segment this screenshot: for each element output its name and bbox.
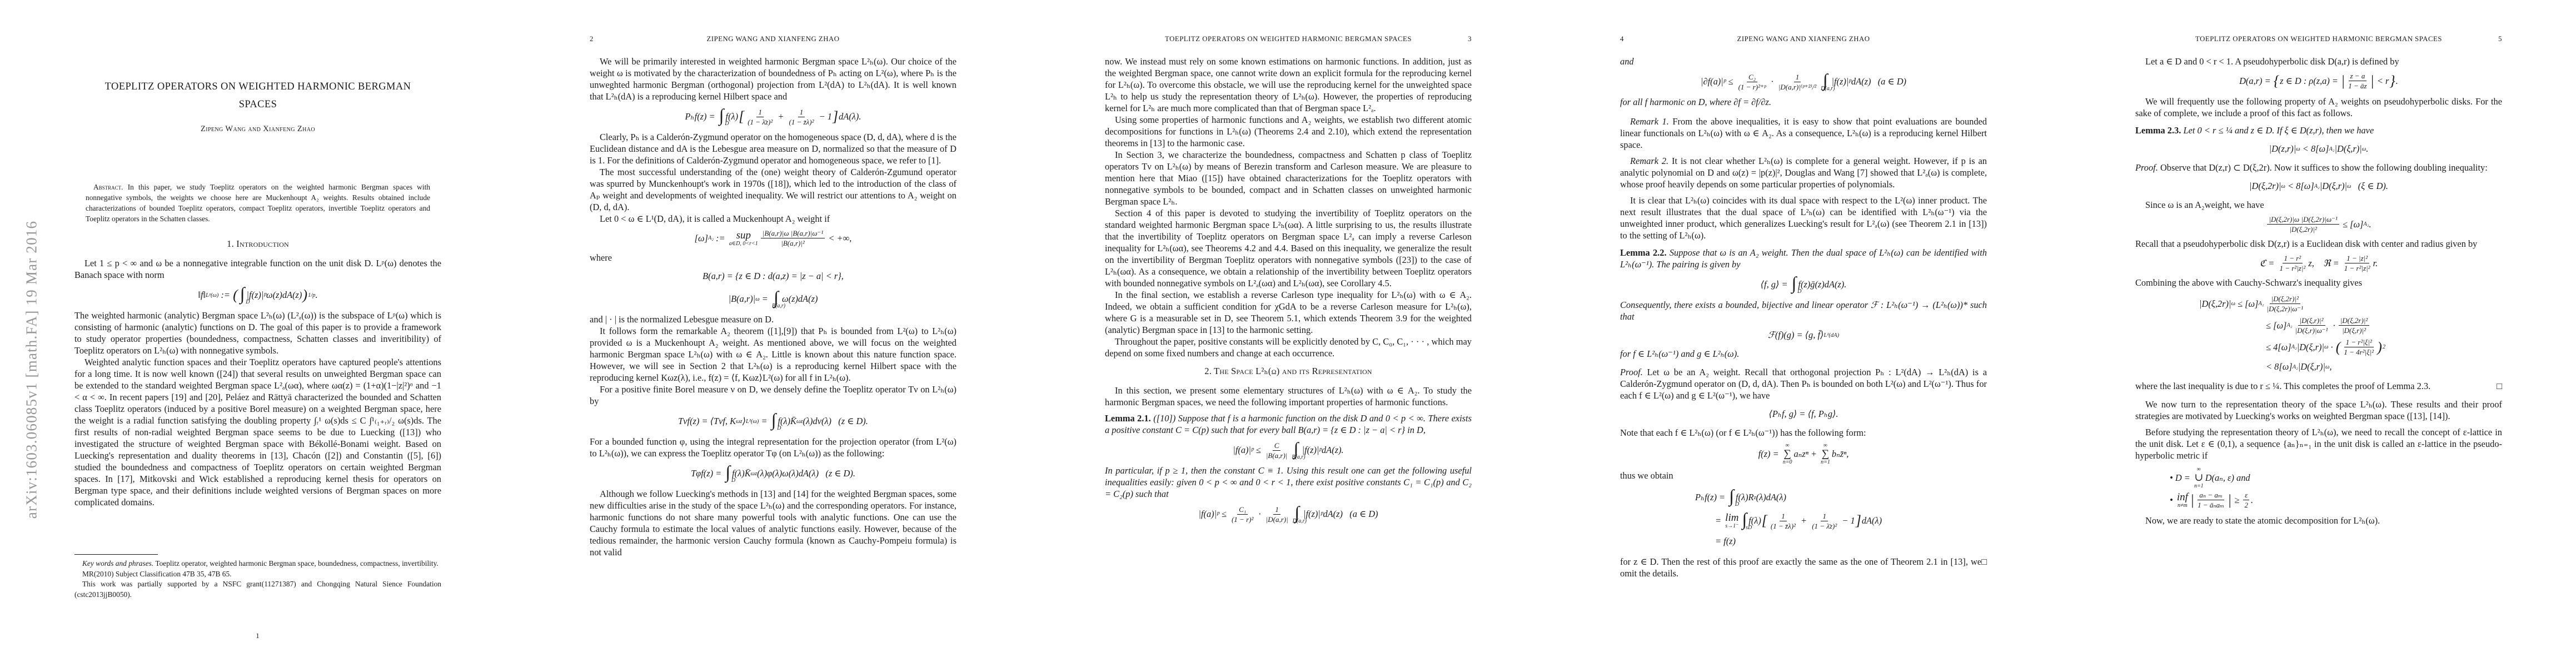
paragraph: The weighted harmonic (analytic) Bergman… <box>74 310 441 356</box>
equation-norm-definition: ‖f‖Lᵖ(ω) := (∫D|f(z)|ᵖω(z)dA(z))1/p. <box>74 285 441 305</box>
equation-doubling: |D(ξ,2r)|ω < 8[ω]A₂|D(ξ,r)|ω (ξ ∈ D). <box>2135 178 2502 195</box>
lemma-2-3-text: Let 0 < r ≤ ¼ and z ∈ D. If ξ ∈ D(z,r), … <box>2184 125 2374 136</box>
page-5: TOEPLITZ OPERATORS ON WEIGHTED HARMONIC … <box>2061 0 2576 667</box>
page-2-column: We will be primarily interested in weigh… <box>590 56 956 558</box>
paper-title-line-1: TOEPLITZ OPERATORS ON WEIGHTED HARMONIC … <box>105 81 411 92</box>
paper-authors: Zipeng Wang and Xianfeng Zhao <box>74 125 441 134</box>
proof-text: Observe that D(z,r) ⊂ D(ξ,2r). Now it su… <box>2160 162 2488 173</box>
equation-center-radius: ℭ = 1 − r²1 − r²|z|²z, ℜ = 1 − |z|²1 − r… <box>2135 254 2502 272</box>
remark-1-label: Remark 1. <box>1630 116 1669 127</box>
running-head-title: TOEPLITZ OPERATORS ON WEIGHTED HARMONIC … <box>2195 35 2442 43</box>
lemma-2-2-end: for f ∈ L²ₕ(ω⁻¹) and g ∈ L²ₕ(ω). <box>1620 348 1987 360</box>
paragraph: Section 4 of this paper is devoted to st… <box>1105 207 1472 289</box>
footnote-block: Key words and phrases. Toeplitz operator… <box>74 554 441 600</box>
proof-lemma-2-2: Proof. Let ω be an A₂ weight. Recall tha… <box>1620 366 1987 401</box>
paragraph: for all f harmonic on D, where ∂f = ∂f/∂… <box>1620 96 1987 108</box>
lemma-2-2-continuation: Consequently, there exists a bounded, bi… <box>1620 299 1987 322</box>
qed-symbol: □ <box>2497 380 2502 392</box>
paragraph: Note that each f ∈ L²ₕ(ω) (or f ∈ L²ₕ(ω⁻… <box>1620 427 1987 439</box>
equation-subharmonic-estimate: |f(a)|ᵖ ≤ C|B(a,r)|∫B(a,r)|f(z)|ᵖdA(z). <box>1105 440 1472 460</box>
remark-1-text: From the above inequalities, it is easy … <box>1620 116 1987 150</box>
paragraph: Let 1 ≤ p < ∞ and ω be a nonnegative int… <box>74 257 441 281</box>
arxiv-paper-spread: arXiv:1603.06085v1 [math.FA] 19 Mar 2016… <box>0 0 2576 667</box>
lattice-condition-1: • D = ∞∪n=1D(aₙ, ε) and <box>2170 467 2502 489</box>
page-3-column: now. We instead must rely on some known … <box>1105 56 1472 529</box>
lemma-2-1-text: ([10]) Suppose that f is a harmonic func… <box>1105 413 1472 435</box>
paragraph: now. We instead must rely on some known … <box>1105 56 1472 114</box>
equation-chain-4: < 8[ω]A₂|D(ξ,r)|ω, <box>2266 360 2332 374</box>
lemma-2-2: Lemma 2.2. Suppose that ω is an A₂ weigh… <box>1620 247 1987 270</box>
paper-title: TOEPLITZ OPERATORS ON WEIGHTED HARMONIC … <box>74 78 441 113</box>
footnote-funding: This work was partially supported by a N… <box>74 579 441 600</box>
abstract-label: Abstract. <box>93 183 123 191</box>
equation-line-1: Pₕf(z) = ∫Df(λ)Rz(λ)dA(λ) <box>1695 487 1786 507</box>
equation-muckenhoupt-condition: [ω]A₂ := supa∈D, 0<r<1|B(a,r)|ω |B(a,r)|… <box>590 229 956 247</box>
remark-2-label: Remark 2. <box>1630 156 1668 166</box>
paragraph: We will frequently use the following pro… <box>2135 96 2502 119</box>
running-head-title: ZIPENG WANG AND XIANFENG ZHAO <box>1737 35 1870 43</box>
running-head: TOEPLITZ OPERATORS ON WEIGHTED HARMONIC … <box>2135 35 2502 43</box>
page-5-column: Let a ∈ D and 0 < r < 1. A pseudohyperbo… <box>2135 56 2502 526</box>
equation-pairing: ⟨f, g⟩ = ∫Df(z)ḡ(z)dA(z). <box>1620 275 1987 295</box>
page-4-column: and |∂f(a)|ᵖ ≤ C₂(1 − r)²⁺ᵖ · 1|D(a,r)|⁽… <box>1620 56 1987 579</box>
page-number: 1 <box>0 631 515 640</box>
paragraph: Since ω is an A₂weight, we have <box>2135 199 2502 211</box>
paper-title-line-2: SPACES <box>239 99 277 110</box>
equation-selfadjoint: ⟨Pₕf, g⟩ = ⟨f, Pₕg⟩. <box>1620 406 1987 422</box>
paragraph: We will be primarily interested in weigh… <box>590 56 956 102</box>
proof-label: Proof. <box>1620 367 1643 377</box>
page-4: 4 ZIPENG WANG AND XIANFENG ZHAO and |∂f(… <box>1546 0 2061 667</box>
running-head-title: ZIPENG WANG AND XIANFENG ZHAO <box>707 35 840 43</box>
proof-end: □for z ∈ D. Then the rest of this proof … <box>1620 556 1987 579</box>
remark-1: Remark 1. From the above inequalities, i… <box>1620 116 1987 151</box>
footnote-rule <box>74 554 158 555</box>
qed-symbol: □ <box>1981 556 1987 568</box>
equation-line-3: = f(z) <box>1715 534 1736 549</box>
paragraph: thus we obtain <box>1620 470 1987 481</box>
equation-ball-definition: B(a,r) = {z ∈ D : d(a,z) = |z − a| < r}, <box>590 268 956 285</box>
page-1: arXiv:1603.06085v1 [math.FA] 19 Mar 2016… <box>0 0 515 667</box>
paragraph: We now turn to the representation theory… <box>2135 399 2502 422</box>
abstract-text: In this paper, we study Toeplitz operato… <box>86 183 430 223</box>
proof-end: □where the last inequality is due to r ≤… <box>2135 380 2502 392</box>
equation-chain-3: ≤ 4[ω]A₂|D(ξ,r)|ω · (1 − r²|ξ|²1 − 4r²|ξ… <box>2266 338 2385 356</box>
lemma-2-1-continuation: In particular, if p ≥ 1, then the consta… <box>1105 465 1472 500</box>
section-heading-space: 2. The Space L²ₕ(ω) and its Representati… <box>1105 366 1472 377</box>
paragraph: Let a ∈ D and 0 < r < 1. A pseudohyperbo… <box>2135 56 2502 67</box>
proof-end-text: for z ∈ D. Then the rest of this proof a… <box>1620 556 1981 579</box>
equation-ball-measure: |B(a,r)|ω = ∫B(a,r)ω(z)dA(z) <box>590 289 956 309</box>
equation-a2-ratio: |D(ξ,2r)|ω |D(ξ,2r)|ω⁻¹|D(ξ,2r)|² ≤ [ω]A… <box>2135 215 2502 233</box>
paragraph: Although we follow Luecking's methods in… <box>590 488 956 558</box>
paragraph: In Section 3, we characterize the bounde… <box>1105 149 1472 207</box>
lattice-conditions: • D = ∞∪n=1D(aₙ, ε) and • infn≠m|aₙ − aₘ… <box>2170 467 2502 509</box>
equation-toeplitz-symbol: Tφf(z) = ∫Df(λ)K̄ωz(λ)φ(λ)ω(λ)dA(λ) (z ∈… <box>590 464 956 484</box>
paragraph: Using some properties of harmonic functi… <box>1105 114 1472 149</box>
proof-label: Proof. <box>2135 162 2158 173</box>
running-head-title: TOEPLITZ OPERATORS ON WEIGHTED HARMONIC … <box>1165 35 1412 43</box>
paragraph: It follows form the remarkable A₂ theore… <box>590 325 956 384</box>
lemma-2-1: Lemma 2.1. ([10]) Suppose that f is a ha… <box>1105 412 1472 436</box>
running-head-page-number: 4 <box>1620 35 1624 43</box>
equation-group-chain: |D(ξ,2r)|ω ≤ [ω]A₂|D(ξ,2r)|²|D(ξ,2r)|ω⁻¹… <box>2135 293 2502 376</box>
proof-text: Let ω be an A₂ weight. Recall that ortho… <box>1620 367 1987 401</box>
paragraph: The most successful understanding of the… <box>590 166 956 213</box>
paragraph: Let 0 < ω ∈ L¹(D, dA), it is called a Mu… <box>590 213 956 225</box>
footnote-keywords-label: Key words and phrases. <box>82 559 153 568</box>
paragraph: Throughout the paper, positive constants… <box>1105 336 1472 359</box>
footnote-classification: MR(2010) Subject Classification 47B 35, … <box>74 569 441 580</box>
paragraph: Recall that a pseudohyperbolic disk D(z,… <box>2135 238 2502 250</box>
remark-2-text: It is not clear whether L²ₕ(ω) is comple… <box>1620 156 1987 190</box>
page-2: 2 ZIPENG WANG AND XIANFENG ZHAO We will … <box>515 0 1030 667</box>
equation-line-2: = lims→1⁻∫sDf(λ)[1(1 − z̄λ)² + 1(1 − λ̄z… <box>1715 511 1882 531</box>
paragraph: Before studying the representation theor… <box>2135 426 2502 461</box>
lemma-2-3: Lemma 2.3. Let 0 < r ≤ ¼ and z ∈ D. If ξ… <box>2135 125 2502 136</box>
equation-chain-2: ≤ [ω]A₂|D(ξ,r)|²|D(ξ,r)|ω⁻¹ · |D(ξ,2r)|²… <box>2266 316 2370 335</box>
equation-functional: ℱ(f)(g) = ⟨g, f̄⟩L²(dA) <box>1620 327 1987 344</box>
paragraph: In this section, we present some element… <box>1105 385 1472 408</box>
equation-group-reproducing: Pₕf(z) = ∫Df(λ)Rz(λ)dA(λ) = lims→1⁻∫sDf(… <box>1620 486 1987 550</box>
proof-lemma-2-3: Proof. Observe that D(z,r) ⊂ D(ξ,2r). No… <box>2135 162 2502 173</box>
lemma-2-3-label: Lemma 2.3. <box>2135 125 2181 136</box>
equation-toeplitz-measure: Tνf(z) = ⟨Tνf, Kωz⟩L²(ω) = ∫Df(λ)K̄ωz(λ)… <box>590 411 956 431</box>
running-head-page-number: 3 <box>1468 35 1472 43</box>
paragraph: Clearly, Pₕ is a Calderón-Zygmund operat… <box>590 131 956 166</box>
paragraph: where <box>590 252 956 263</box>
paragraph: Combining the above with Cauchy-Schwarz'… <box>2135 277 2502 288</box>
footnote-keywords-text: Toeplitz operator, weighted harmonic Ber… <box>155 559 438 568</box>
paragraph: In the final section, we establish a rev… <box>1105 289 1472 336</box>
equation-derivative-estimate: |∂f(a)|ᵖ ≤ C₂(1 − r)²⁺ᵖ · 1|D(a,r)|⁽ᵖ⁺²⁾… <box>1620 72 1987 92</box>
equation-chain-1: |D(ξ,2r)|ω ≤ [ω]A₂|D(ξ,2r)|²|D(ξ,2r)|ω⁻¹ <box>2199 295 2306 313</box>
page-1-column: TOEPLITZ OPERATORS ON WEIGHTED HARMONIC … <box>74 78 441 508</box>
running-head: TOEPLITZ OPERATORS ON WEIGHTED HARMONIC … <box>1105 35 1472 43</box>
running-head-page-number: 2 <box>590 35 594 43</box>
running-head-page-number: 5 <box>2498 35 2502 43</box>
running-head: 4 ZIPENG WANG AND XIANFENG ZHAO <box>1620 35 1987 43</box>
paragraph: Now, we are ready to state the atomic de… <box>2135 515 2502 526</box>
lemma-2-2-text: Suppose that ω is an A₂ weight. Then the… <box>1620 247 1987 270</box>
paragraph: For a bounded function φ, using the inte… <box>590 436 956 459</box>
paragraph: and <box>1620 56 1987 67</box>
equation-pointwise-estimate: |f(a)|ᵖ ≤ C₁(1 − r)² · 1|D(a,r)|∫D(a,r)|… <box>1105 504 1472 524</box>
running-head: 2 ZIPENG WANG AND XIANFENG ZHAO <box>590 35 956 43</box>
page-3: TOEPLITZ OPERATORS ON WEIGHTED HARMONIC … <box>1030 0 1546 667</box>
lemma-2-1-label: Lemma 2.1. <box>1105 413 1151 424</box>
section-heading-introduction: 1. Introduction <box>74 238 441 250</box>
lemma-2-2-label: Lemma 2.2. <box>1620 247 1667 258</box>
paragraph: and | · | is the normalized Lebesgue mea… <box>590 313 956 325</box>
equation-harmonic-series: f(z) = ∞∑n=0aₙzⁿ + ∞∑n=1bₙz̄ⁿ, <box>1620 443 1987 465</box>
proof-end-text: where the last inequality is due to r ≤ … <box>2135 381 2430 391</box>
equation-pseudohyperbolic-disk: D(a,r) = {z ∈ D : ρ(z,a) = |z − a1 − āz|… <box>2135 72 2502 90</box>
abstract: Abstract. In this paper, we study Toepli… <box>86 182 430 224</box>
paragraph: It is clear that L²ₕ(ω) coincides with i… <box>1620 195 1987 241</box>
footnote-keywords: Key words and phrases. Toeplitz operator… <box>74 559 441 569</box>
arxiv-watermark: arXiv:1603.06085v1 [math.FA] 19 Mar 2016 <box>23 221 41 519</box>
equation-lemma-2-3: |D(z,r)|ω < 8[ω]A₂|D(ξ,r)|ω. <box>2135 141 2502 157</box>
paragraph: For a positive finite Borel measure ν on… <box>590 384 956 407</box>
equation-projection: Pₕf(z) = ∫Df(λ)[1(1 − λ̄z)² + 1(1 − z̄λ)… <box>590 107 956 127</box>
remark-2: Remark 2. It is not clear whether L²ₕ(ω)… <box>1620 155 1987 190</box>
paragraph: Weighted analytic function spaces and th… <box>74 356 441 508</box>
lattice-condition-2: • infn≠m|aₙ − aₘ1 − āₙaₘ| ≥ ε2. <box>2170 491 2502 509</box>
